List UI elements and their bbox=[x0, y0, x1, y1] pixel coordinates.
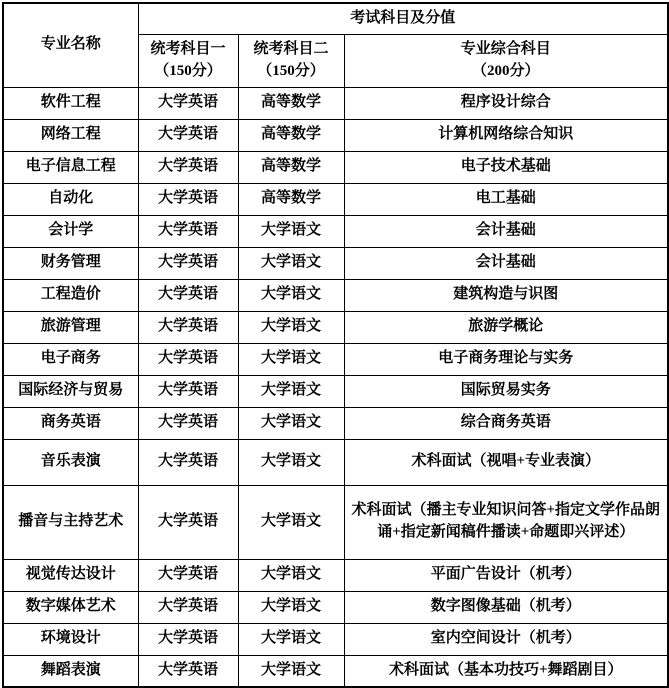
cell-unified-subject-1: 大学英语 bbox=[138, 623, 238, 655]
cell-unified-subject-1: 大学英语 bbox=[138, 343, 238, 375]
cell-unified-subject-1: 大学英语 bbox=[138, 439, 238, 485]
cell-comprehensive-subject: 会计基础 bbox=[344, 215, 668, 247]
cell-comprehensive-subject: 术科面试（基本功技巧+舞蹈剧目） bbox=[344, 655, 668, 687]
cell-unified-subject-1: 大学英语 bbox=[138, 247, 238, 279]
header-group-row: 专业名称 考试科目及分值 bbox=[3, 3, 668, 34]
cell-unified-subject-2: 大学语文 bbox=[238, 439, 344, 485]
cell-comprehensive-subject: 术科面试（视唱+专业表演） bbox=[344, 439, 668, 485]
cell-major-name: 会计学 bbox=[3, 215, 138, 247]
table-row: 电子信息工程大学英语高等数学电子技术基础 bbox=[3, 151, 668, 183]
cell-unified-subject-2: 大学语文 bbox=[238, 247, 344, 279]
cell-unified-subject-2: 大学语文 bbox=[238, 215, 344, 247]
table-row: 音乐表演大学英语大学语文术科面试（视唱+专业表演） bbox=[3, 439, 668, 485]
table-row: 工程造价大学英语大学语文建筑构造与识图 bbox=[3, 279, 668, 311]
cell-comprehensive-subject: 建筑构造与识图 bbox=[344, 279, 668, 311]
cell-major-name: 旅游管理 bbox=[3, 311, 138, 343]
cell-comprehensive-subject: 平面广告设计（机考） bbox=[344, 559, 668, 591]
cell-major-name: 电子信息工程 bbox=[3, 151, 138, 183]
header-exam-subjects-and-scores: 考试科目及分值 bbox=[138, 3, 668, 34]
cell-major-name: 工程造价 bbox=[3, 279, 138, 311]
cell-unified-subject-2: 大学语文 bbox=[238, 407, 344, 439]
table-row: 财务管理大学英语大学语文会计基础 bbox=[3, 247, 668, 279]
cell-major-name: 软件工程 bbox=[3, 87, 138, 119]
cell-unified-subject-2: 大学语文 bbox=[238, 655, 344, 687]
table-row: 播音与主持艺术大学英语大学语文术科面试（播主专业知识问答+指定文学作品朗诵+指定… bbox=[3, 485, 668, 559]
table-row: 自动化大学英语高等数学电工基础 bbox=[3, 183, 668, 215]
table-row: 商务英语大学英语大学语文综合商务英语 bbox=[3, 407, 668, 439]
cell-unified-subject-1: 大学英语 bbox=[138, 655, 238, 687]
cell-comprehensive-subject: 室内空间设计（机考） bbox=[344, 623, 668, 655]
table-body: 软件工程大学英语高等数学程序设计综合网络工程大学英语高等数学计算机网络综合知识电… bbox=[3, 87, 668, 687]
cell-major-name: 电子商务 bbox=[3, 343, 138, 375]
cell-comprehensive-subject: 计算机网络综合知识 bbox=[344, 119, 668, 151]
cell-unified-subject-1: 大学英语 bbox=[138, 407, 238, 439]
cell-major-name: 财务管理 bbox=[3, 247, 138, 279]
cell-comprehensive-subject: 国际贸易实务 bbox=[344, 375, 668, 407]
cell-unified-subject-2: 大学语文 bbox=[238, 279, 344, 311]
cell-major-name: 自动化 bbox=[3, 183, 138, 215]
cell-unified-subject-2: 高等数学 bbox=[238, 119, 344, 151]
header-unified-subject-1: 统考科目一 （150分） bbox=[138, 34, 238, 87]
table-row: 国际经济与贸易大学英语大学语文国际贸易实务 bbox=[3, 375, 668, 407]
cell-unified-subject-2: 高等数学 bbox=[238, 87, 344, 119]
cell-major-name: 国际经济与贸易 bbox=[3, 375, 138, 407]
exam-subjects-table: 专业名称 考试科目及分值 统考科目一 （150分） 统考科目二 （150分） 专… bbox=[2, 2, 669, 688]
cell-unified-subject-2: 大学语文 bbox=[238, 311, 344, 343]
cell-unified-subject-1: 大学英语 bbox=[138, 215, 238, 247]
cell-comprehensive-subject: 电工基础 bbox=[344, 183, 668, 215]
cell-unified-subject-1: 大学英语 bbox=[138, 119, 238, 151]
table-row: 会计学大学英语大学语文会计基础 bbox=[3, 215, 668, 247]
cell-comprehensive-subject: 程序设计综合 bbox=[344, 87, 668, 119]
table-row: 电子商务大学英语大学语文电子商务理论与实务 bbox=[3, 343, 668, 375]
cell-major-name: 播音与主持艺术 bbox=[3, 485, 138, 559]
cell-unified-subject-1: 大学英语 bbox=[138, 183, 238, 215]
cell-major-name: 商务英语 bbox=[3, 407, 138, 439]
header-unified-subject-2: 统考科目二 （150分） bbox=[238, 34, 344, 87]
cell-comprehensive-subject: 会计基础 bbox=[344, 247, 668, 279]
table-row: 旅游管理大学英语大学语文旅游学概论 bbox=[3, 311, 668, 343]
cell-unified-subject-1: 大学英语 bbox=[138, 375, 238, 407]
cell-unified-subject-2: 大学语文 bbox=[238, 485, 344, 559]
table-row: 环境设计大学英语大学语文室内空间设计（机考） bbox=[3, 623, 668, 655]
cell-comprehensive-subject: 数字图像基础（机考） bbox=[344, 591, 668, 623]
cell-comprehensive-subject: 术科面试（播主专业知识问答+指定文学作品朗诵+指定新闻稿件播读+命题即兴评述） bbox=[344, 485, 668, 559]
cell-unified-subject-2: 高等数学 bbox=[238, 151, 344, 183]
cell-unified-subject-1: 大学英语 bbox=[138, 311, 238, 343]
cell-major-name: 音乐表演 bbox=[3, 439, 138, 485]
table-row: 数字媒体艺术大学英语大学语文数字图像基础（机考） bbox=[3, 591, 668, 623]
cell-unified-subject-2: 大学语文 bbox=[238, 559, 344, 591]
cell-unified-subject-1: 大学英语 bbox=[138, 591, 238, 623]
table-row: 视觉传达设计大学英语大学语文平面广告设计（机考） bbox=[3, 559, 668, 591]
exam-subjects-page: 专业名称 考试科目及分值 统考科目一 （150分） 统考科目二 （150分） 专… bbox=[0, 0, 669, 684]
table-row: 网络工程大学英语高等数学计算机网络综合知识 bbox=[3, 119, 668, 151]
cell-comprehensive-subject: 电子商务理论与实务 bbox=[344, 343, 668, 375]
cell-unified-subject-1: 大学英语 bbox=[138, 87, 238, 119]
header-major-comprehensive-subject: 专业综合科目 （200分） bbox=[344, 34, 668, 87]
cell-major-name: 数字媒体艺术 bbox=[3, 591, 138, 623]
cell-unified-subject-1: 大学英语 bbox=[138, 559, 238, 591]
cell-unified-subject-2: 大学语文 bbox=[238, 375, 344, 407]
cell-major-name: 舞蹈表演 bbox=[3, 655, 138, 687]
cell-comprehensive-subject: 旅游学概论 bbox=[344, 311, 668, 343]
header-major-name: 专业名称 bbox=[3, 3, 138, 87]
cell-unified-subject-2: 高等数学 bbox=[238, 183, 344, 215]
table-header: 专业名称 考试科目及分值 统考科目一 （150分） 统考科目二 （150分） 专… bbox=[3, 3, 668, 87]
table-row: 软件工程大学英语高等数学程序设计综合 bbox=[3, 87, 668, 119]
cell-comprehensive-subject: 综合商务英语 bbox=[344, 407, 668, 439]
cell-major-name: 环境设计 bbox=[3, 623, 138, 655]
cell-unified-subject-1: 大学英语 bbox=[138, 151, 238, 183]
cell-major-name: 网络工程 bbox=[3, 119, 138, 151]
cell-unified-subject-2: 大学语文 bbox=[238, 343, 344, 375]
cell-unified-subject-2: 大学语文 bbox=[238, 591, 344, 623]
cell-unified-subject-1: 大学英语 bbox=[138, 279, 238, 311]
cell-unified-subject-1: 大学英语 bbox=[138, 485, 238, 559]
cell-major-name: 视觉传达设计 bbox=[3, 559, 138, 591]
cell-comprehensive-subject: 电子技术基础 bbox=[344, 151, 668, 183]
cell-unified-subject-2: 大学语文 bbox=[238, 623, 344, 655]
table-row: 舞蹈表演大学英语大学语文术科面试（基本功技巧+舞蹈剧目） bbox=[3, 655, 668, 687]
